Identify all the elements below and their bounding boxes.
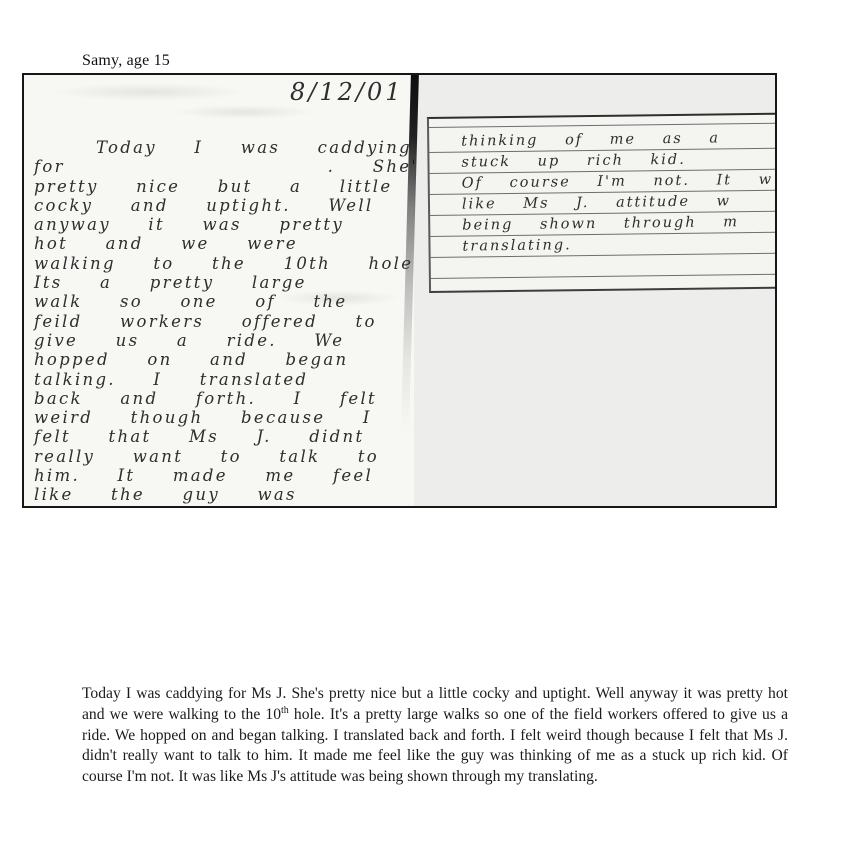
journal-right-page-lined-strip: thinking of me as astuck up rich kid.Of … [427,113,777,293]
journal-scan-image: 8/12/01 Today I was caddyingfor . She'sp… [22,73,777,508]
handwritten-line: felt that Ms J. didnt [34,427,412,446]
transcription-paragraph: Today I was caddying for Ms J. She's pre… [82,684,788,788]
handwritten-line: hopped on and began [34,350,412,369]
handwritten-text-right-page: thinking of me as astuck up rich kid.Of … [461,128,777,258]
handwritten-line: for . She's [34,157,412,176]
handwritten-line: translating. [462,233,776,258]
handwritten-line: Its a pretty large [34,273,412,292]
handwritten-line: pretty nice but a little [34,177,412,196]
handwritten-line: anyway it was pretty [34,215,412,234]
handwritten-line: him. It made me feel [34,466,412,485]
journal-entry-date: 8/12/01 [290,78,404,106]
document-page: Samy, age 15 8/12/01 Today I was caddyin… [0,0,860,849]
handwritten-line: like the guy was [34,485,412,504]
handwritten-line: walking to the 10th hole [34,254,412,273]
handwritten-line: being shown through m [462,212,776,237]
handwritten-line: feild workers offered to [34,312,412,331]
ordinal-superscript: th [281,705,289,716]
author-byline: Samy, age 15 [82,52,170,70]
handwritten-line: walk so one of the [34,292,412,311]
handwritten-line: really want to talk to [34,447,412,466]
handwritten-line: weird though because I [34,408,412,427]
journal-left-page: 8/12/01 Today I was caddyingfor . She'sp… [24,75,414,506]
handwritten-line: back and forth. I felt [34,389,412,408]
handwritten-line: cocky and uptight. Well [34,196,412,215]
photocopy-smudge [54,83,244,101]
handwritten-line: give us a ride. We [34,331,412,350]
handwritten-text-left-page: Today I was caddyingfor . She'spretty ni… [34,138,412,505]
handwritten-line: hot and we were [34,234,412,253]
handwritten-line: talking. I translated [34,370,412,389]
photocopy-smudge [174,105,314,119]
handwritten-line: Today I was caddying [34,138,412,157]
